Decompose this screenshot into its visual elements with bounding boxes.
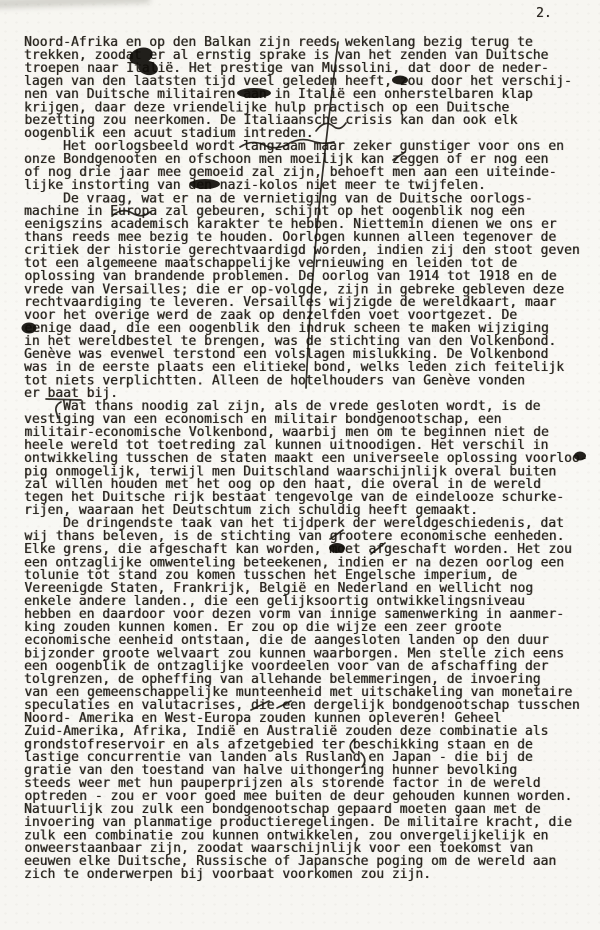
pen-bracket-wat [56, 402, 61, 418]
pen-mark-zeggen [393, 152, 405, 160]
ink-blot-voorloopig [574, 452, 586, 461]
ink-blot-nazi [190, 179, 220, 189]
pen-paren-rusland [361, 753, 365, 767]
ink-blot-moet [329, 543, 345, 553]
pen-annotations-overlay [0, 0, 600, 930]
pen-mark-grootere [330, 530, 343, 539]
pen-scribble-langzaam [240, 140, 334, 148]
ink-blot-eenige [22, 323, 37, 334]
pen-mark-afgeschaft [371, 543, 385, 554]
pen-loop-beschikking [350, 739, 355, 753]
ink-blot-zou [392, 76, 408, 85]
pen-flourish-intreden [316, 123, 346, 131]
scanned-document-page: 2. Noord-Afrika en op den Balkan zijn re… [0, 0, 600, 930]
pen-underline-baat [46, 399, 81, 400]
ink-strike-aan [237, 88, 271, 98]
pen-scribble-europa [112, 211, 150, 216]
pen-mark-dergelijk [251, 701, 291, 710]
pen-line-vertical [306, 42, 338, 388]
